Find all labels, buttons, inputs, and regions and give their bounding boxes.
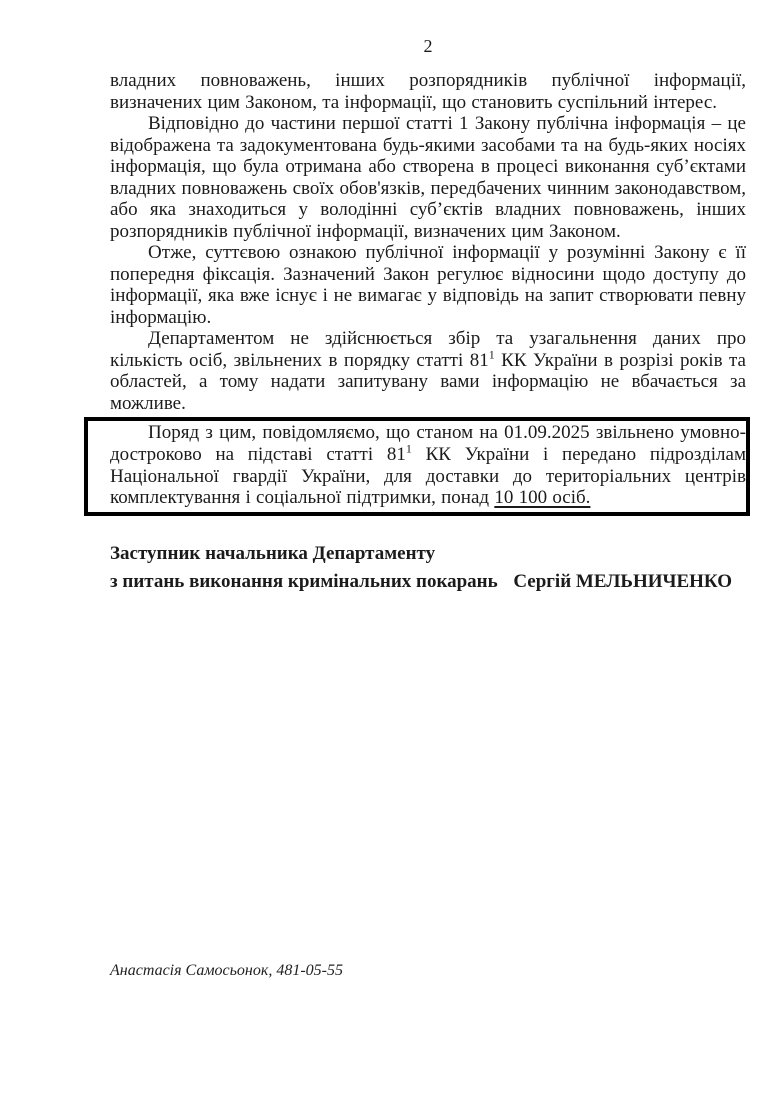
paragraph-definition: Відповідно до частини першої статті 1 За… <box>110 113 746 242</box>
signature-row: з питань виконання кримінальних покарань… <box>110 571 746 593</box>
signature-block: Заступник начальника Департаменту з пита… <box>110 543 746 593</box>
highlight-box: Поряд з цим, повідомляємо, що станом на … <box>84 417 750 516</box>
paragraph-continuation: владних повноважень, інших розпорядників… <box>110 70 746 113</box>
signatory-name: Сергій МЕЛЬНИЧЕНКО <box>513 571 732 593</box>
signatory-position-line2: з питань виконання кримінальних покарань <box>110 571 498 593</box>
paragraph-boxed: Поряд з цим, повідомляємо, що станом на … <box>110 422 746 509</box>
document-page: 2 владних повноважень, інших розпорядник… <box>0 0 780 1104</box>
document-body: владних повноважень, інших розпорядників… <box>110 70 746 593</box>
paragraph-no-data: Департаментом не здійснюється збір та уз… <box>110 328 746 414</box>
executor-note: Анастасія Самосьонок, 481-05-55 <box>110 961 343 980</box>
paragraph-fixation: Отже, суттєвою ознакою публічної інформа… <box>110 242 746 328</box>
signatory-position-line1: Заступник начальника Департаменту <box>110 543 746 565</box>
page-number: 2 <box>110 36 746 56</box>
underlined-figure: 10 100 осіб. <box>494 487 590 508</box>
